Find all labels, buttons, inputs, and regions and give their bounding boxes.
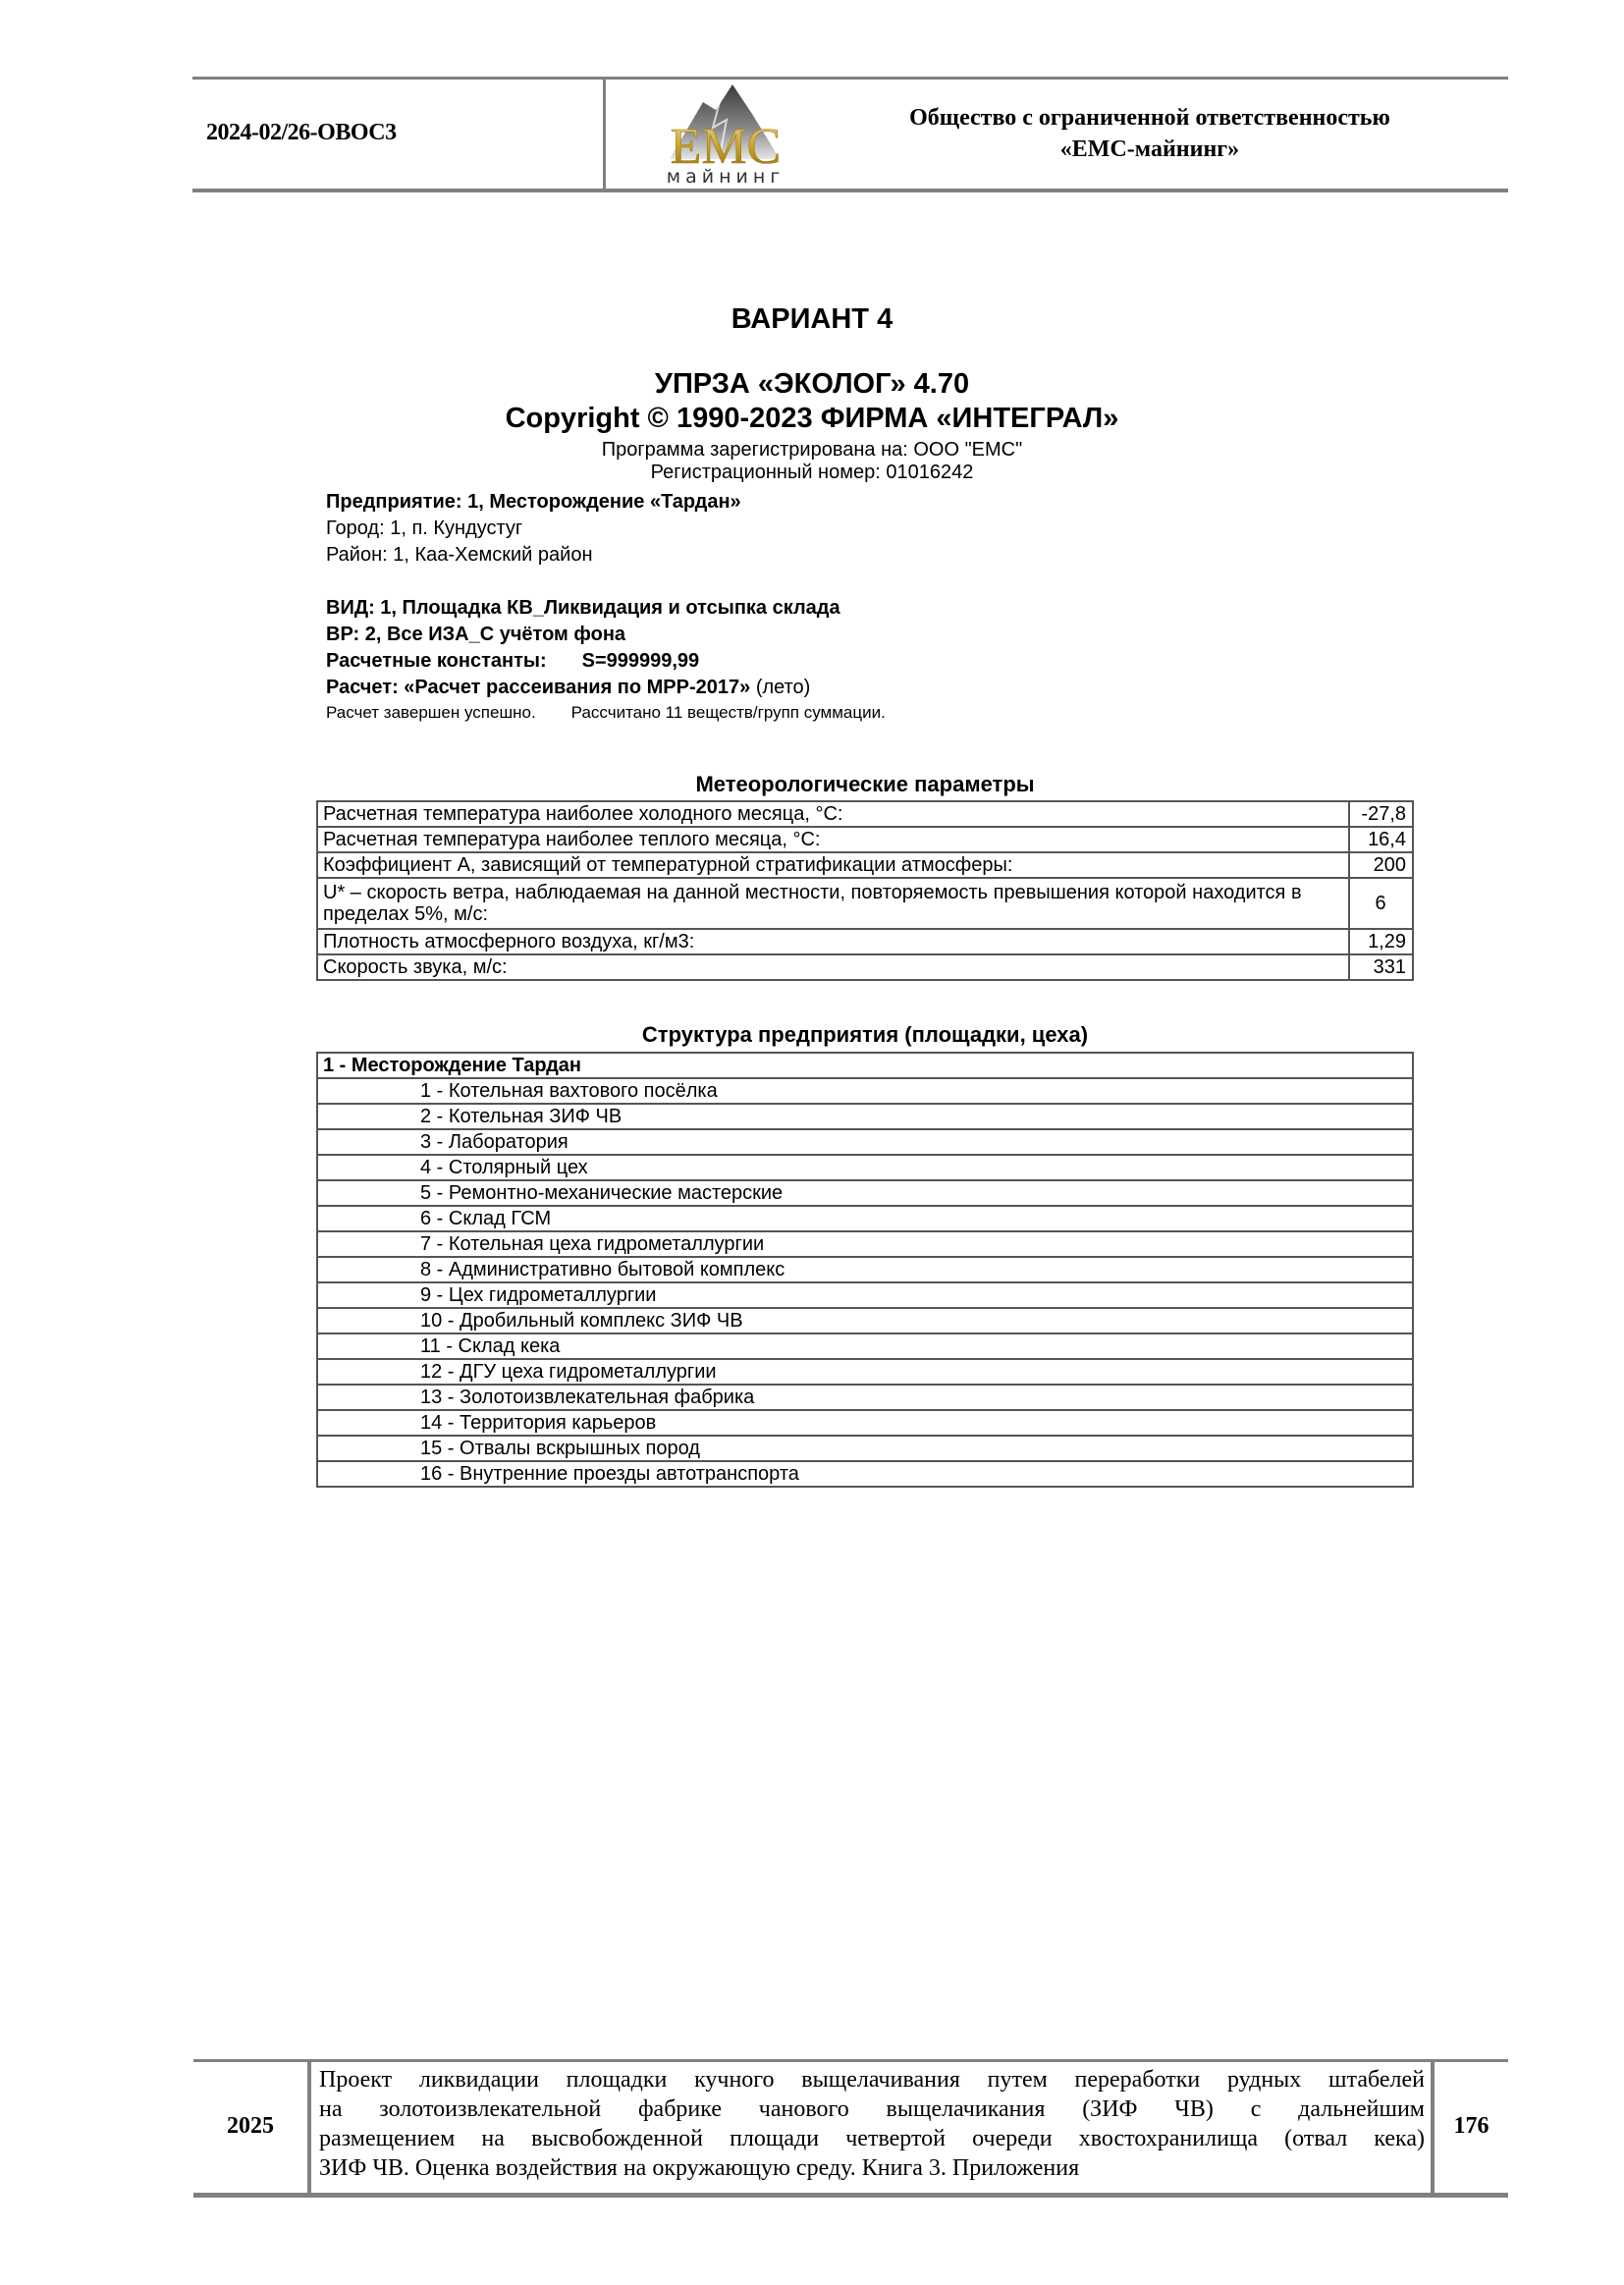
constants-value: S=999999,99 (582, 650, 700, 672)
structure-row: 9 - Цех гидрометаллургии (317, 1282, 1413, 1308)
meteo-label: Скорость звука, м/с: (317, 954, 1349, 980)
structure-row: 14 - Территория карьеров (317, 1410, 1413, 1436)
structure-row: 11 - Склад кека (317, 1333, 1413, 1359)
meteo-table: Расчетная температура наиболее холодного… (316, 800, 1414, 981)
structure-group-row: 1 - Месторождение Тардан (317, 1053, 1413, 1078)
meteo-label: Расчетная температура наиболее теплого м… (317, 827, 1349, 852)
page-number: 176 (1435, 2113, 1508, 2140)
city: Город: 1, п. Кундустуг (326, 516, 886, 542)
structure-table-title: Структура предприятия (площадки, цеха) (316, 1022, 1414, 1048)
footer-top-rule (193, 2059, 1508, 2062)
footer-divider-left (307, 2062, 311, 2193)
footer-description-line: размещением на высвобожденной площади че… (319, 2124, 1425, 2153)
calculation-status: Расчет завершен успешно.Рассчитано 11 ве… (326, 701, 886, 725)
structure-item: 5 - Ремонтно-механические мастерские (317, 1180, 1413, 1206)
meteo-row: U* – скорость ветра, наблюдаемая на данн… (317, 878, 1413, 929)
structure-item: 15 - Отвалы вскрышных пород (317, 1436, 1413, 1461)
structure-item: 2 - Котельная ЗИФ ЧВ (317, 1104, 1413, 1129)
meteo-label: Плотность атмосферного воздуха, кг/м3: (317, 929, 1349, 954)
structure-item: 14 - Территория карьеров (317, 1410, 1413, 1436)
page-header: 2024-02/26-ОВОС3 ЕМС майнинг Общест (192, 77, 1508, 192)
structure-row: 4 - Столярный цех (317, 1155, 1413, 1180)
structure-item: 9 - Цех гидрометаллургии (317, 1282, 1413, 1308)
org-line-1: Общество с ограниченной ответственностью (811, 102, 1489, 134)
header-divider (603, 80, 606, 189)
calculation: Расчет: «Расчет рассеивания по МРР-2017»… (326, 675, 886, 701)
meteo-row: Плотность атмосферного воздуха, кг/м3:1,… (317, 929, 1413, 954)
meteo-value: -27,8 (1349, 801, 1413, 827)
vr: ВР: 2, Все ИЗА_С учётом фона (326, 622, 886, 648)
program-title: УПРЗА «ЭКОЛОГ» 4.70 Copyright © 1990-202… (0, 367, 1624, 436)
status-text: Расчет завершен успешно. (326, 703, 536, 722)
meteo-row: Расчетная температура наиболее теплого м… (317, 827, 1413, 852)
page-footer: 2025 Проект ликвидации площадки кучного … (193, 2059, 1508, 2198)
structure-row: 15 - Отвалы вскрышных пород (317, 1436, 1413, 1461)
svg-text:майнинг: майнинг (667, 166, 785, 187)
district: Район: 1, Каа-Хемский район (326, 542, 886, 569)
structure-table: 1 - Месторождение Тардан 1 - Котельная в… (316, 1052, 1414, 1488)
enterprise: Предприятие: 1, Месторождение «Тардан» (326, 489, 886, 516)
structure-item: 6 - Склад ГСМ (317, 1206, 1413, 1231)
structure-item: 10 - Дробильный комплекс ЗИФ ЧВ (317, 1308, 1413, 1333)
meteo-row: Коэффициент А, зависящий от температурно… (317, 852, 1413, 878)
footer-description: Проект ликвидации площадки кучного выщел… (319, 2065, 1425, 2183)
meteo-table-title: Метеорологические параметры (316, 772, 1414, 797)
constants-label: Расчетные константы: (326, 650, 547, 672)
footer-year: 2025 (193, 2113, 307, 2140)
footer-bottom-rule (193, 2193, 1508, 2198)
structure-row: 2 - Котельная ЗИФ ЧВ (317, 1104, 1413, 1129)
footer-description-line: на золотоизвлекательной фабрике чанового… (319, 2095, 1425, 2124)
calculation-info: Предприятие: 1, Месторождение «Тардан» Г… (326, 489, 886, 725)
footer-description-line: ЗИФ ЧВ. Оценка воздействия на окружающую… (319, 2153, 1425, 2183)
registered-to: Программа зарегистрирована на: ООО "ЕМС" (0, 439, 1624, 462)
structure-row: 3 - Лаборатория (317, 1129, 1413, 1155)
meteo-value: 331 (1349, 954, 1413, 980)
structure-row: 6 - Склад ГСМ (317, 1206, 1413, 1231)
vid: ВИД: 1, Площадка КВ_Ликвидация и отсыпка… (326, 595, 886, 622)
meteo-value: 6 (1349, 878, 1413, 929)
structure-item: 4 - Столярный цех (317, 1155, 1413, 1180)
constants: Расчетные константы:S=999999,99 (326, 648, 886, 675)
registration-info: Программа зарегистрирована на: ООО "ЕМС"… (0, 439, 1624, 484)
structure-item: 7 - Котельная цеха гидрометаллургии (317, 1231, 1413, 1257)
document-code: 2024-02/26-ОВОС3 (206, 120, 397, 146)
structure-item: 8 - Административно бытовой комплекс (317, 1257, 1413, 1282)
structure-row: 1 - Котельная вахтового посёлка (317, 1078, 1413, 1104)
structure-item: 1 - Котельная вахтового посёлка (317, 1078, 1413, 1104)
meteo-label: U* – скорость ветра, наблюдаемая на данн… (317, 878, 1349, 929)
program-name: УПРЗА «ЭКОЛОГ» 4.70 (0, 367, 1624, 402)
structure-group: 1 - Месторождение Тардан (317, 1053, 1413, 1078)
meteo-value: 1,29 (1349, 929, 1413, 954)
structure-row: 7 - Котельная цеха гидрометаллургии (317, 1231, 1413, 1257)
variant-title: ВАРИАНТ 4 (0, 303, 1624, 336)
meteo-label: Коэффициент А, зависящий от температурно… (317, 852, 1349, 878)
footer-description-line: Проект ликвидации площадки кучного выщел… (319, 2065, 1425, 2095)
structure-item: 11 - Склад кека (317, 1333, 1413, 1359)
meteo-value: 16,4 (1349, 827, 1413, 852)
header-bottom-rule (192, 189, 1508, 192)
copyright: Copyright © 1990-2023 ФИРМА «ИНТЕГРАЛ» (0, 402, 1624, 436)
calculation-label: Расчет: «Расчет рассеивания по МРР-2017» (326, 677, 750, 698)
structure-row: 16 - Внутренние проезды автотранспорта (317, 1461, 1413, 1487)
structure-row: 5 - Ремонтно-механические мастерские (317, 1180, 1413, 1206)
meteo-value: 200 (1349, 852, 1413, 878)
structure-row: 10 - Дробильный комплекс ЗИФ ЧВ (317, 1308, 1413, 1333)
mountain-logo-icon: ЕМС майнинг (642, 81, 809, 187)
meteo-label: Расчетная температура наиболее холодного… (317, 801, 1349, 827)
org-line-2: «ЕМС-майнинг» (811, 134, 1489, 165)
structure-item: 13 - Золотоизвлекательная фабрика (317, 1385, 1413, 1410)
structure-item: 3 - Лаборатория (317, 1129, 1413, 1155)
substances-count: Рассчитано 11 веществ/групп суммации. (571, 703, 886, 722)
meteo-row: Расчетная температура наиболее холодного… (317, 801, 1413, 827)
structure-item: 16 - Внутренние проезды автотранспорта (317, 1461, 1413, 1487)
organization-name: Общество с ограниченной ответственностью… (811, 102, 1489, 165)
calculation-season: (лето) (756, 677, 811, 698)
meteo-row: Скорость звука, м/с:331 (317, 954, 1413, 980)
company-logo: ЕМС майнинг (642, 81, 809, 187)
structure-row: 8 - Административно бытовой комплекс (317, 1257, 1413, 1282)
header-top-rule (192, 77, 1508, 80)
registration-number: Регистрационный номер: 01016242 (0, 462, 1624, 484)
structure-row: 12 - ДГУ цеха гидрометаллургии (317, 1359, 1413, 1385)
structure-item: 12 - ДГУ цеха гидрометаллургии (317, 1359, 1413, 1385)
structure-row: 13 - Золотоизвлекательная фабрика (317, 1385, 1413, 1410)
